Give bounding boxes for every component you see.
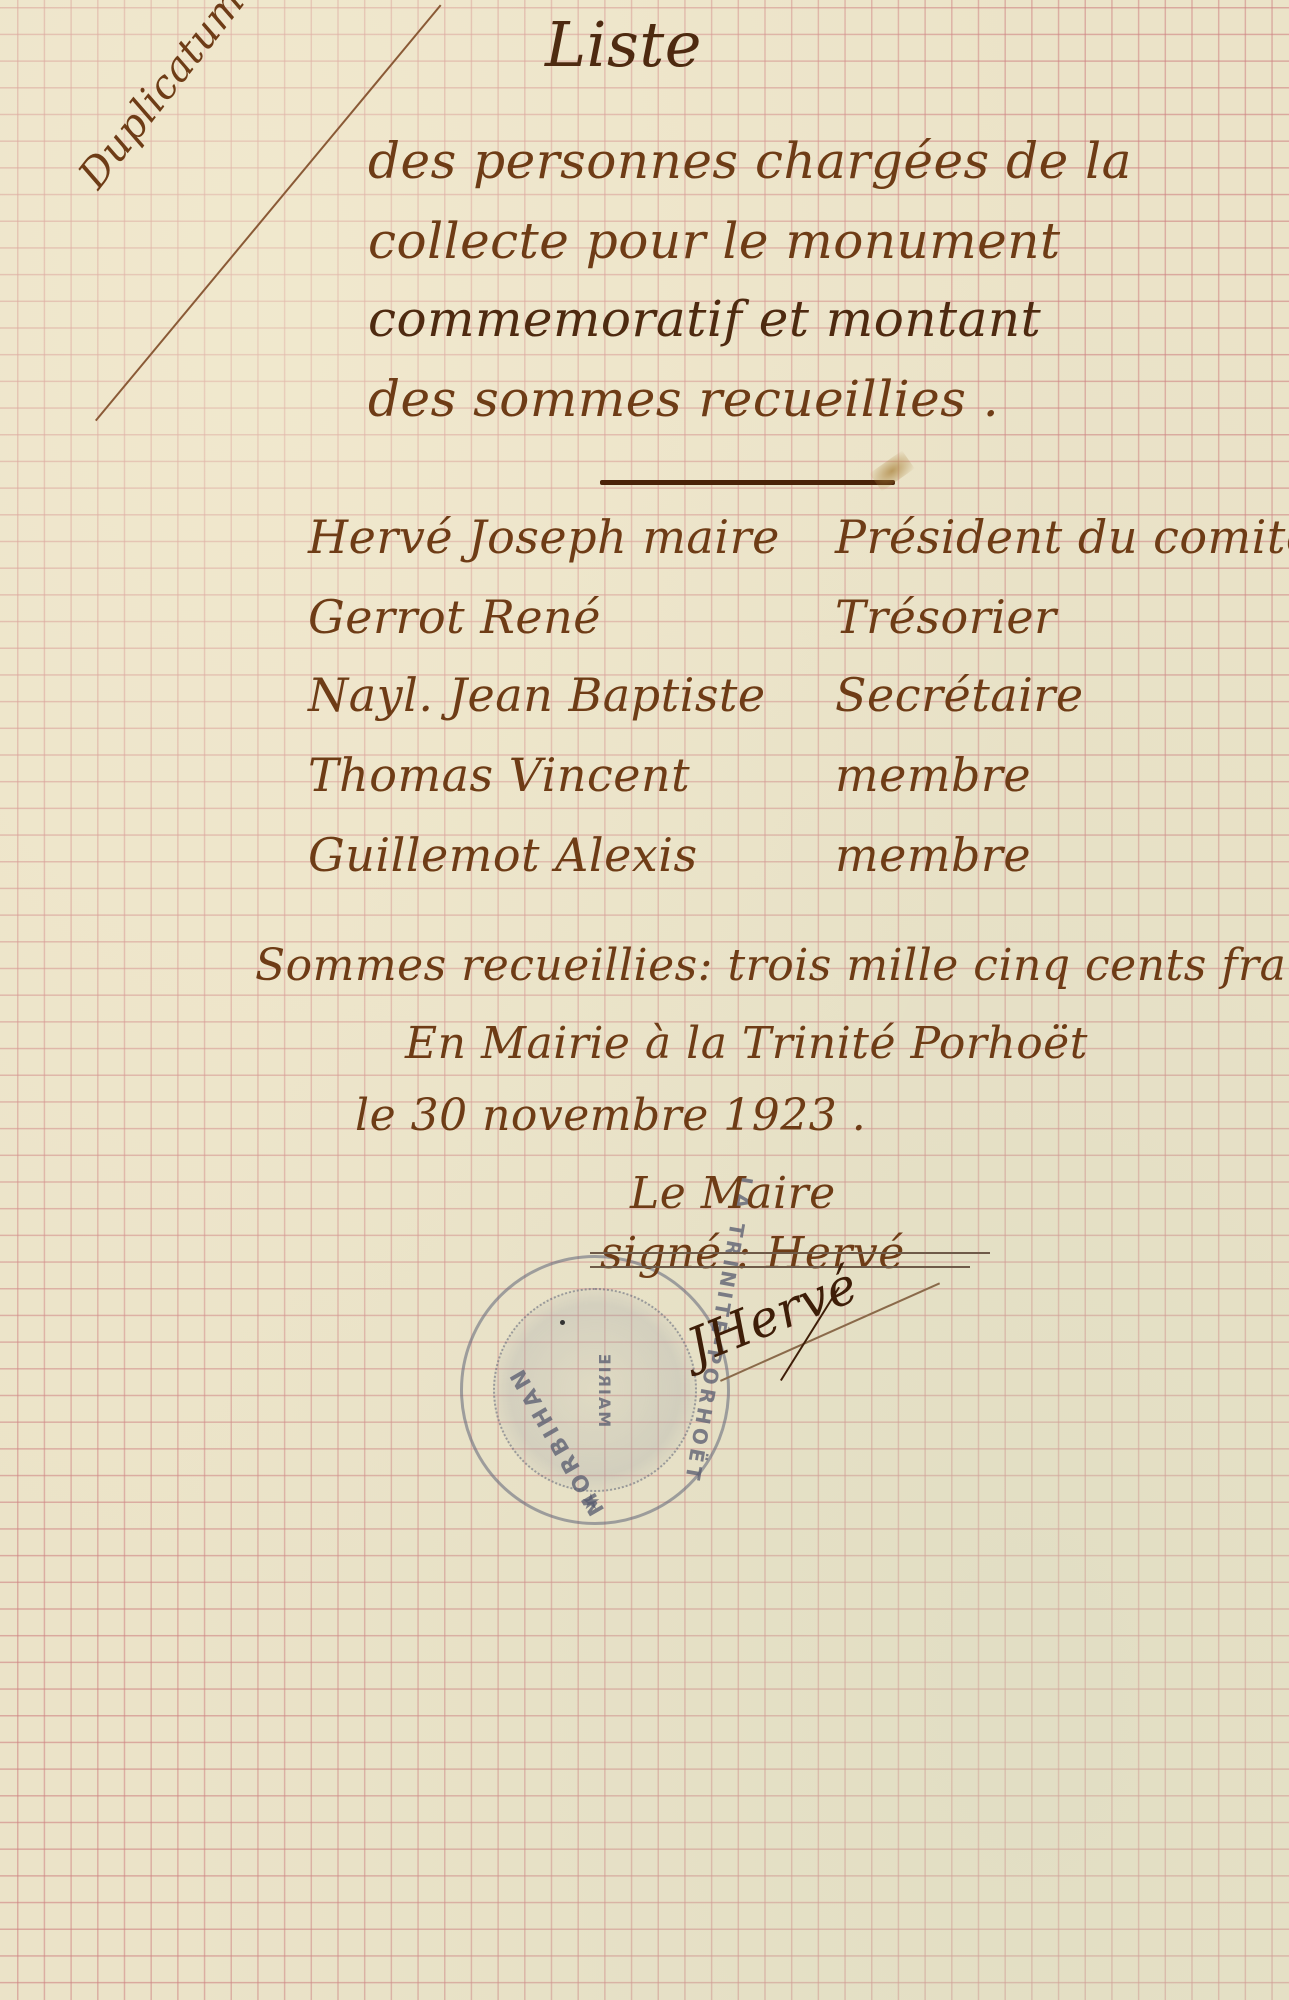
handwritten-document-page: Duplicatum Liste des personnes chargées … — [0, 0, 1289, 2000]
member-role: membre — [835, 828, 1031, 882]
strikethrough-line — [590, 1266, 970, 1268]
heading-line-3: commemoratif et montant — [368, 290, 1041, 348]
member-role: membre — [835, 748, 1031, 802]
strikethrough-line — [590, 1252, 990, 1254]
date-line: le 30 novembre 1923 . — [355, 1090, 866, 1141]
member-role: Président du comité — [835, 510, 1289, 564]
member-name: Nayl. Jean Baptiste — [308, 668, 766, 722]
signatory-title: Le Maire — [630, 1168, 836, 1219]
total-collected: Sommes recueillies: trois mille cinq cen… — [255, 940, 1289, 991]
heading-line-2: collecte pour le monument — [368, 212, 1061, 270]
stamp-center-text: MAIRIE — [595, 1352, 614, 1427]
ink-blot — [869, 451, 914, 492]
heading-line-1: des personnes chargées de la — [368, 132, 1132, 190]
member-role: Trésorier — [835, 590, 1057, 644]
mairie-stamp: MORBIHAN LA TRINITÉ-PORHOËT ★ MAIRIE — [460, 1255, 730, 1525]
document-title: Liste — [545, 8, 702, 81]
member-role: Secrétaire — [835, 668, 1084, 722]
ink-speck — [560, 1320, 565, 1325]
member-name: Guillemot Alexis — [308, 828, 698, 882]
member-name: Gerrot René — [308, 590, 601, 644]
margin-note-duplicatum: Duplicatum — [70, 0, 254, 197]
heading-line-4: des sommes recueillies . — [368, 370, 999, 428]
place-line: En Mairie à la Trinité Porhoët — [405, 1018, 1088, 1069]
member-name: Hervé Joseph maire — [308, 510, 780, 564]
heading-divider — [600, 480, 895, 485]
star-icon: ★ — [581, 1490, 601, 1515]
member-name: Thomas Vincent — [308, 748, 690, 802]
